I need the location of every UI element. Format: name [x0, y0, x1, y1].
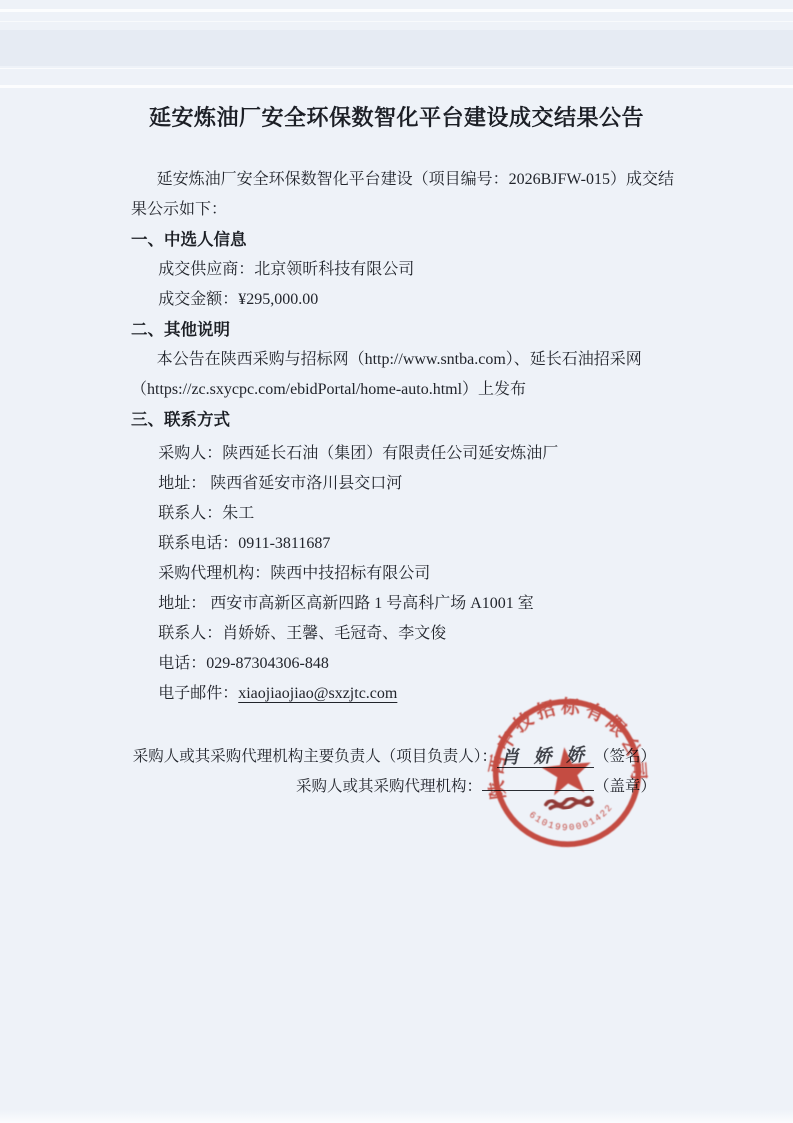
signature-line: 采购人或其采购代理机构主要负责人（项目负责人）：肖 娇 娇（签名）: [131, 742, 656, 772]
purchaser-contact-line: 联系人：朱工: [131, 499, 662, 529]
publish-line-2: （https://zc.sxycpc.com/ebidPortal/home-a…: [131, 375, 662, 405]
seal-number-text: 6101990001422: [526, 801, 618, 838]
purchaser-address-line: 地址： 陕西省延安市洛川县交口河: [131, 469, 662, 499]
agency-contacts-line: 联系人：肖娇娇、王馨、毛冠奇、李文俊: [131, 619, 662, 649]
email-label: 电子邮件：: [158, 685, 238, 702]
email-line: 电子邮件：xiaojiaojiao@sxzjtc.com: [131, 679, 662, 709]
publish-line-1: 本公告在陕西采购与招标网（http://www.sntba.com）、延长石油招…: [131, 345, 662, 375]
seal-label: 采购人或其采购代理机构：: [296, 778, 482, 795]
scan-artifact-bottom: [0, 1109, 793, 1123]
email-text: xiaojiaojiao@sxzjtc.com: [238, 685, 397, 702]
signature-suffix: （签名）: [594, 748, 656, 765]
agency-phone-line: 电话：029-87304306-848: [131, 649, 662, 679]
signature-block: 采购人或其采购代理机构主要负责人（项目负责人）：肖 娇 娇（签名） 采购人或其采…: [131, 742, 662, 802]
intro-line-1: 延安炼油厂安全环保数智化平台建设（项目编号：2026BJFW-015）成交结: [131, 165, 662, 195]
section3-heading: 三、联系方式: [131, 405, 662, 435]
supplier-line: 成交供应商：北京领昕科技有限公司: [131, 255, 662, 285]
seal-suffix: （盖章）: [594, 778, 656, 795]
agency-line: 采购代理机构：陕西中技招标有限公司: [131, 559, 662, 589]
purchaser-line: 采购人：陕西延长石油（集团）有限责任公司延安炼油厂: [131, 439, 662, 469]
amount-line: 成交金额：¥295,000.00: [131, 285, 662, 315]
agency-address-line: 地址： 西安市高新区高新四路 1 号高科广场 A1001 室: [131, 589, 662, 619]
section1-heading: 一、中选人信息: [131, 225, 662, 255]
signature-underline: 肖 娇 娇: [497, 745, 594, 768]
scanned-document-page: 延安炼油厂安全环保数智化平台建设成交结果公告 延安炼油厂安全环保数智化平台建设（…: [0, 0, 793, 1123]
section2-heading: 二、其他说明: [131, 315, 662, 345]
signature-label: 采购人或其采购代理机构主要负责人（项目负责人）：: [133, 748, 497, 765]
intro-line-2: 果公示如下：: [131, 195, 662, 225]
handwritten-signature: 肖 娇 娇: [501, 744, 590, 767]
purchaser-phone-line: 联系电话：0911-3811687: [131, 529, 662, 559]
seal-line: 采购人或其采购代理机构：（盖章）: [131, 772, 656, 802]
document-body: 延安炼油厂安全环保数智化平台建设成交结果公告 延安炼油厂安全环保数智化平台建设（…: [131, 0, 662, 802]
seal-underline: [482, 790, 594, 791]
page-title: 延安炼油厂安全环保数智化平台建设成交结果公告: [131, 101, 662, 135]
